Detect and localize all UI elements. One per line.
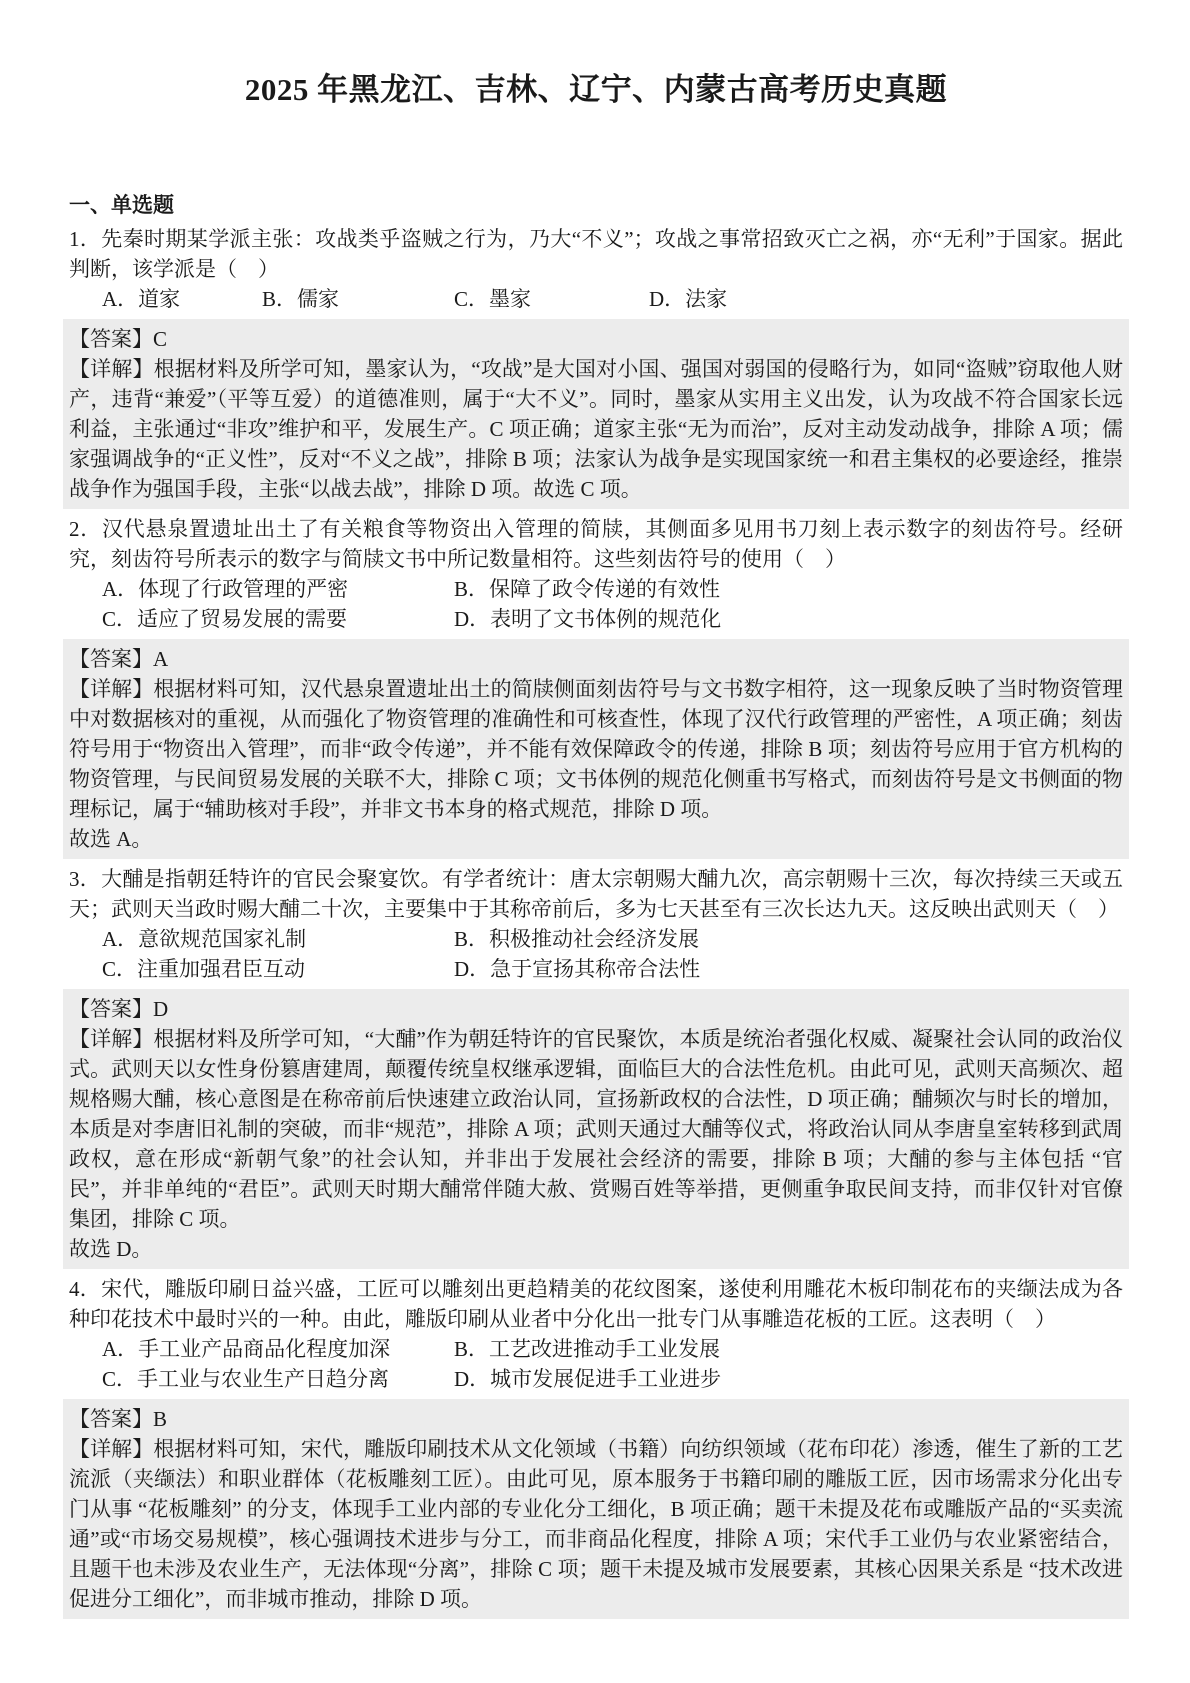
question-1-options: A．道家B．儒家C．墨家D．法家	[69, 284, 1123, 314]
question-2-answer-line: 【答案】A	[69, 644, 1123, 674]
question-1-option-c: C．墨家	[454, 284, 649, 314]
question-4-option-a: A．手工业产品商品化程度加深	[102, 1334, 454, 1364]
question-4-stem: 4．宋代，雕版印刷日益兴盛，工匠可以雕刻出更趋精美的花纹图案，遂使利用雕花木板印…	[69, 1274, 1123, 1334]
question-3: 3．大酺是指朝廷特许的官民会聚宴饮。有学者统计：唐太宗朝赐大酺九次，高宗朝赐十三…	[69, 864, 1123, 1269]
question-3-answer-block: 【答案】D 【详解】根据材料及所学可知，“大酺”作为朝廷特许的官民聚饮，本质是统…	[63, 989, 1129, 1269]
question-1-option-b: B．儒家	[262, 284, 454, 314]
answer-label: 【答案】	[69, 1407, 153, 1431]
question-4-option-d: D．城市发展促进手工业进步	[454, 1364, 721, 1394]
answer-label: 【答案】	[69, 997, 153, 1021]
question-3-followup: 故选 D。	[69, 1234, 1123, 1264]
question-3-option-a: A．意欲规范国家礼制	[102, 924, 454, 954]
answer-label: 【答案】	[69, 327, 153, 351]
question-1-option-d: D．法家	[649, 284, 727, 314]
question-3-option-d: D．急于宣扬其称帝合法性	[454, 954, 700, 984]
explain-label: 【详解】	[69, 357, 154, 381]
question-2-stem: 2．汉代悬泉置遗址出土了有关粮食等物资出入管理的简牍，其侧面多见用书刀刻上表示数…	[69, 514, 1123, 574]
question-4-option-c: C．手工业与农业生产日趋分离	[102, 1364, 454, 1394]
question-4-options-row-1: A．手工业产品商品化程度加深B．工艺改进推动手工业发展	[69, 1334, 1123, 1364]
question-3-answer-line: 【答案】D	[69, 994, 1123, 1024]
question-4-answer-line: 【答案】B	[69, 1404, 1123, 1434]
question-3-option-c: C．注重加强君臣互动	[102, 954, 454, 984]
question-4: 4．宋代，雕版印刷日益兴盛，工匠可以雕刻出更趋精美的花纹图案，遂使利用雕花木板印…	[69, 1274, 1123, 1619]
question-1-answer: C	[153, 327, 167, 351]
question-4-option-b: B．工艺改进推动手工业发展	[454, 1334, 720, 1364]
question-3-options-row-1: A．意欲规范国家礼制B．积极推动社会经济发展	[69, 924, 1123, 954]
question-2-options-row-2: C．适应了贸易发展的需要D．表明了文书体例的规范化	[69, 604, 1123, 634]
question-4-explanation: 【详解】根据材料可知，宋代，雕版印刷技术从文化领域（书籍）向纺织领域（花布印花）…	[69, 1434, 1123, 1614]
question-1-answer-block: 【答案】C 【详解】根据材料及所学可知，墨家认为，“攻战”是大国对小国、强国对弱…	[63, 319, 1129, 509]
question-4-explanation-text: 根据材料可知，宋代，雕版印刷技术从文化领域（书籍）向纺织领域（花布印花）渗透，催…	[69, 1437, 1123, 1611]
question-2-options-row-1: A．体现了行政管理的严密B．保障了政令传递的有效性	[69, 574, 1123, 604]
question-2-followup: 故选 A。	[69, 824, 1123, 854]
question-3-answer: D	[153, 997, 168, 1021]
question-2-option-c: C．适应了贸易发展的需要	[102, 604, 454, 634]
question-1: 1．先秦时期某学派主张：攻战类乎盗贼之行为，乃大“不义”；攻战之事常招致灭亡之祸…	[69, 224, 1123, 509]
question-2-answer: A	[153, 647, 168, 671]
explain-label: 【详解】	[69, 1027, 154, 1051]
page-title: 2025 年黑龙江、吉林、辽宁、内蒙古高考历史真题	[69, 70, 1123, 110]
question-3-options-row-2: C．注重加强君臣互动D．急于宣扬其称帝合法性	[69, 954, 1123, 984]
question-3-stem: 3．大酺是指朝廷特许的官民会聚宴饮。有学者统计：唐太宗朝赐大酺九次，高宗朝赐十三…	[69, 864, 1123, 924]
question-3-option-b: B．积极推动社会经济发展	[454, 924, 699, 954]
question-1-answer-line: 【答案】C	[69, 324, 1123, 354]
exam-document: 2025 年黑龙江、吉林、辽宁、内蒙古高考历史真题 一、单选题 1．先秦时期某学…	[0, 70, 1190, 1619]
question-2-explanation-text: 根据材料可知，汉代悬泉置遗址出土的简牍侧面刻齿符号与文书数字相符，这一现象反映了…	[69, 677, 1123, 821]
question-4-options-row-2: C．手工业与农业生产日趋分离D．城市发展促进手工业进步	[69, 1364, 1123, 1394]
explain-label: 【详解】	[69, 677, 153, 701]
question-1-explanation: 【详解】根据材料及所学可知，墨家认为，“攻战”是大国对小国、强国对弱国的侵略行为…	[69, 354, 1123, 504]
section-heading: 一、单选题	[69, 190, 1123, 220]
question-2-option-d: D．表明了文书体例的规范化	[454, 604, 721, 634]
question-1-explanation-text: 根据材料及所学可知，墨家认为，“攻战”是大国对小国、强国对弱国的侵略行为，如同“…	[69, 357, 1123, 501]
answer-label: 【答案】	[69, 647, 153, 671]
explain-label: 【详解】	[69, 1437, 153, 1461]
question-1-option-a: A．道家	[102, 284, 262, 314]
question-1-stem: 1．先秦时期某学派主张：攻战类乎盗贼之行为，乃大“不义”；攻战之事常招致灭亡之祸…	[69, 224, 1123, 284]
question-4-answer-block: 【答案】B 【详解】根据材料可知，宋代，雕版印刷技术从文化领域（书籍）向纺织领域…	[63, 1399, 1129, 1619]
question-2-answer-block: 【答案】A 【详解】根据材料可知，汉代悬泉置遗址出土的简牍侧面刻齿符号与文书数字…	[63, 639, 1129, 859]
question-2-explanation: 【详解】根据材料可知，汉代悬泉置遗址出土的简牍侧面刻齿符号与文书数字相符，这一现…	[69, 674, 1123, 824]
question-4-answer: B	[153, 1407, 167, 1431]
question-2: 2．汉代悬泉置遗址出土了有关粮食等物资出入管理的简牍，其侧面多见用书刀刻上表示数…	[69, 514, 1123, 859]
question-2-option-a: A．体现了行政管理的严密	[102, 574, 454, 604]
question-3-explanation-text: 根据材料及所学可知，“大酺”作为朝廷特许的官民聚饮，本质是统治者强化权威、凝聚社…	[69, 1027, 1123, 1231]
question-2-option-b: B．保障了政令传递的有效性	[454, 574, 720, 604]
question-3-explanation: 【详解】根据材料及所学可知，“大酺”作为朝廷特许的官民聚饮，本质是统治者强化权威…	[69, 1024, 1123, 1234]
